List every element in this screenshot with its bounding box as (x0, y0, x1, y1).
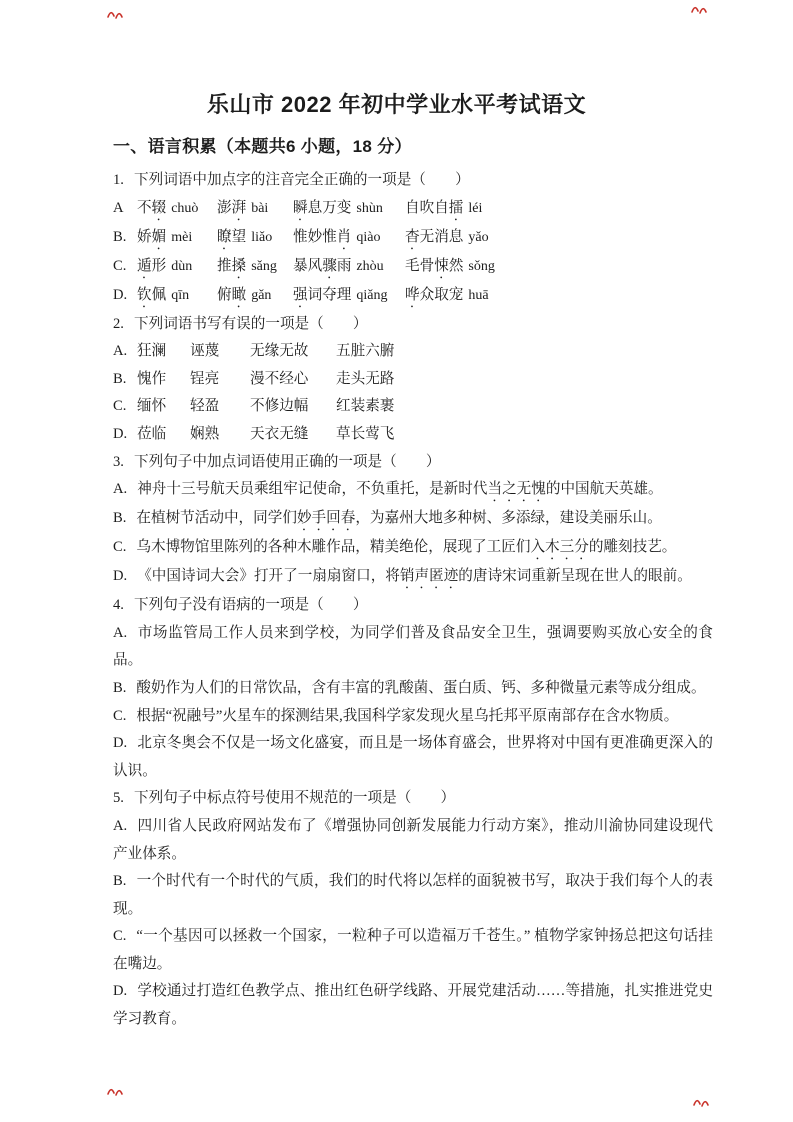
exam-content: 一、语言积累（本题共6 小题，18 分） 1.下列词语中加点字的注音完全正确的一… (113, 133, 713, 1034)
option-label: A. (113, 338, 137, 366)
question-5-stem: 5.下列句子中标点符号使用不规范的一项是（ ） (113, 785, 713, 813)
question-number: 1. (113, 167, 134, 195)
option-label: D. (113, 983, 127, 999)
option-content: 莅临娴熟天衣无缝草长莺飞 (137, 426, 394, 442)
option-content: 根据“祝融号”火星车的探测结果,我国科学家发现火星乌托邦平原南部存在含水物质。 (136, 708, 678, 724)
question-number: 4. (113, 592, 134, 620)
question-stem-text: 下列句子中标点符号使用不规范的一项是（ ） (134, 790, 455, 806)
question-4-option-c: C.根据“祝融号”火星车的探测结果,我国科学家发现火星乌托邦平原南部存在含水物质… (113, 703, 713, 731)
option-content: 一个时代有一个时代的气质，我们的时代将以怎样的面貌被书写，取决于我们每个人的表现… (113, 873, 713, 917)
option-label: B. (113, 510, 126, 526)
exam-title: 乐山市 2022 年初中学业水平考试语文 (0, 92, 793, 118)
option-label: C. (113, 928, 126, 944)
option-content: 娇媚mèi瞭望liǎo惟妙惟肖qiào杳无消息yǎo (137, 229, 489, 245)
option-label: C. (113, 393, 137, 421)
option-content: 北京冬奥会不仅是一场文化盛宴，而且是一场体育盛会，世界将对中国有更准确更深入的认… (113, 735, 713, 779)
option-content: 酸奶作为人们的日常饮品，含有丰富的乳酸菌、蛋白质、钙、多种微量元素等成分组成。 (136, 680, 705, 696)
red-pen-mark-icon (690, 2, 708, 16)
option-content: 在植树节活动中，同学们妙手回春，为嘉州大地多种树、多添绿，建设美丽乐山。 (136, 510, 661, 526)
option-label: C. (113, 539, 126, 555)
option-content: 钦佩qīn俯瞰gǎn强词夺理qiǎng哗众取宠huā (137, 287, 489, 303)
option-label: B. (113, 224, 137, 252)
question-4-stem: 4.下列句子没有语病的一项是（ ） (113, 592, 713, 620)
option-content: 市场监管局工作人员来到学校，为同学们普及食品安全卫生，强调要购买放心安全的食品。 (113, 625, 713, 669)
section-heading: 一、语言积累（本题共6 小题，18 分） (113, 133, 713, 160)
question-5-option-b: B.一个时代有一个时代的气质，我们的时代将以怎样的面貌被书写，取决于我们每个人的… (113, 868, 713, 923)
option-content: 缅怀轻盈不修边幅红装素裹 (137, 398, 394, 414)
question-3-option-a: A.神舟十三号航天员乘组牢记使命，不负重托，是新时代当之无愧的中国航天英雄。 (113, 476, 713, 505)
option-content: 愧作锃亮漫不经心走头无路 (137, 371, 394, 387)
option-label: A (113, 195, 137, 223)
option-content: 不辍chuò澎湃bài瞬息万变shùn自吹自擂léi (137, 200, 482, 216)
option-content: 狂澜诬蔑无缘无故五脏六腑 (137, 343, 394, 359)
option-label: B. (113, 366, 137, 394)
option-content: 《中国诗词大会》打开了一扇扇窗口，将销声匿迹的唐诗宋词重新呈现在世人的眼前。 (137, 568, 692, 584)
option-label: C. (113, 253, 137, 281)
question-3-stem: 3.下列句子中加点词语使用正确的一项是（ ） (113, 449, 713, 477)
option-content: 遁形dùn推搡sǎng暴风骤雨zhòu毛骨悚然sǒng (137, 258, 495, 274)
question-2-stem: 2.下列词语书写有误的一项是（ ） (113, 311, 713, 339)
question-stem-text: 下列词语中加点字的注音完全正确的一项是（ ） (134, 172, 470, 188)
question-5-option-d: D.学校通过打造红色教学点、推出红色研学线路、开展党建活动……等措施，扎实推进党… (113, 978, 713, 1033)
option-content: 神舟十三号航天员乘组牢记使命，不负重托，是新时代当之无愧的中国航天英雄。 (137, 481, 662, 497)
question-number: 5. (113, 785, 134, 813)
option-content: 学校通过打造红色教学点、推出红色研学线路、开展党建活动……等措施，扎实推进党史学… (113, 983, 713, 1027)
question-number: 3. (113, 449, 134, 477)
question-1-option-d: D.钦佩qīn俯瞰gǎn强词夺理qiǎng哗众取宠huā (113, 282, 713, 311)
option-label: D. (113, 735, 127, 751)
question-stem-text: 下列词语书写有误的一项是（ ） (134, 316, 368, 332)
option-content: “一个基因可以拯救一个国家，一粒种子可以造福万千苍生。” 植物学家钟扬总把这句话… (113, 928, 713, 972)
question-1-option-c: C.遁形dùn推搡sǎng暴风骤雨zhòu毛骨悚然sǒng (113, 253, 713, 282)
question-4-option-a: A.市场监管局工作人员来到学校，为同学们普及食品安全卫生，强调要购买放心安全的食… (113, 620, 713, 675)
question-2-option-b: B.愧作锃亮漫不经心走头无路 (113, 366, 713, 394)
question-stem-text: 下列句子没有语病的一项是（ ） (134, 597, 368, 613)
option-content: 乌木博物馆里陈列的各种木雕作品，精美绝伦，展现了工匠们入木三分的雕刻技艺。 (136, 539, 676, 555)
option-label: C. (113, 708, 126, 724)
question-3-option-c: C.乌木博物馆里陈列的各种木雕作品，精美绝伦，展现了工匠们入木三分的雕刻技艺。 (113, 534, 713, 563)
question-4-option-d: D.北京冬奥会不仅是一场文化盛宴，而且是一场体育盛会，世界将对中国有更准确更深入… (113, 730, 713, 785)
question-number: 2. (113, 311, 134, 339)
option-label: D. (113, 568, 127, 584)
option-label: A. (113, 818, 127, 834)
exam-page: 乐山市 2022 年初中学业水平考试语文 一、语言积累（本题共6 小题，18 分… (0, 0, 793, 1122)
red-pen-mark-icon (106, 1084, 124, 1098)
question-5-option-c: C.“一个基因可以拯救一个国家，一粒种子可以造福万千苍生。” 植物学家钟扬总把这… (113, 923, 713, 978)
red-pen-mark-icon (692, 1095, 710, 1109)
question-3-option-d: D.《中国诗词大会》打开了一扇扇窗口，将销声匿迹的唐诗宋词重新呈现在世人的眼前。 (113, 563, 713, 592)
question-5-option-a: A.四川省人民政府网站发布了《增强协同创新发展能力行动方案》，推动川渝协同建设现… (113, 813, 713, 868)
question-2-option-d: D.莅临娴熟天衣无缝草长莺飞 (113, 421, 713, 449)
question-1-option-a: A不辍chuò澎湃bài瞬息万变shùn自吹自擂léi (113, 195, 713, 224)
question-2-option-c: C.缅怀轻盈不修边幅红装素裹 (113, 393, 713, 421)
question-2-option-a: A.狂澜诬蔑无缘无故五脏六腑 (113, 338, 713, 366)
option-label: B. (113, 873, 126, 889)
red-pen-mark-icon (106, 7, 124, 21)
option-content: 四川省人民政府网站发布了《增强协同创新发展能力行动方案》，推动川渝协同建设现代产… (113, 818, 713, 862)
question-4-option-b: B.酸奶作为人们的日常饮品，含有丰富的乳酸菌、蛋白质、钙、多种微量元素等成分组成… (113, 675, 713, 703)
option-label: A. (113, 625, 127, 641)
question-stem-text: 下列句子中加点词语使用正确的一项是（ ） (134, 454, 440, 470)
option-label: A. (113, 481, 127, 497)
question-3-option-b: B.在植树节活动中，同学们妙手回春，为嘉州大地多种树、多添绿，建设美丽乐山。 (113, 505, 713, 534)
question-1-option-b: B.娇媚mèi瞭望liǎo惟妙惟肖qiào杳无消息yǎo (113, 224, 713, 253)
option-label: D. (113, 421, 137, 449)
option-label: D. (113, 282, 137, 310)
option-label: B. (113, 680, 126, 696)
question-1-stem: 1.下列词语中加点字的注音完全正确的一项是（ ） (113, 167, 713, 195)
